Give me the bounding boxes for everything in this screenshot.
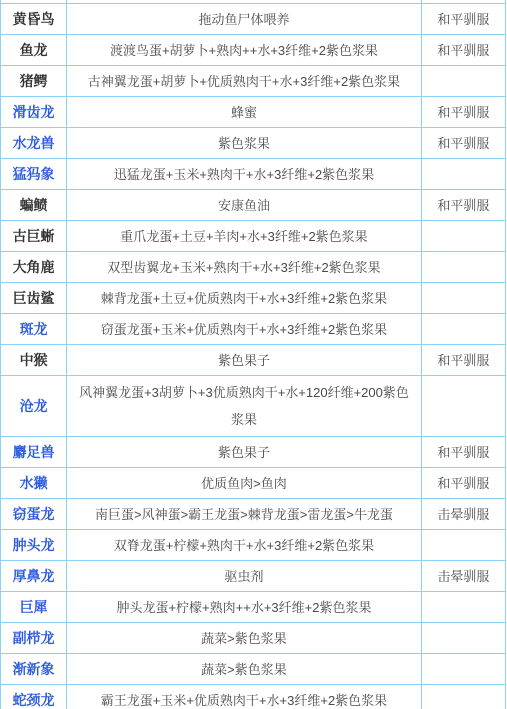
taming-method-cell [421, 159, 505, 190]
taming-food-cell: 紫色果子 [67, 437, 422, 468]
creature-row: 麝足兽紫色果子和平驯服 [1, 437, 506, 468]
creature-row: 巨犀肿头龙蛋+柠檬+熟肉++水+3纤维+2紫色浆果 [1, 592, 506, 623]
taming-food-cell: 棘背龙蛋+土豆+优质熟肉干+水+3纤维+2紫色浆果 [67, 283, 422, 314]
taming-method-cell: 和平驯服 [421, 4, 505, 35]
taming-method-cell [421, 530, 505, 561]
taming-food-cell: 拖动鱼尸体喂养 [67, 4, 422, 35]
creature-row: 蝙鲼安康鱼油和平驯服 [1, 190, 506, 221]
creature-row: 巨齿鲨棘背龙蛋+土豆+优质熟肉干+水+3纤维+2紫色浆果 [1, 283, 506, 314]
taming-method-cell: 和平驯服 [421, 190, 505, 221]
taming-food-cell: 紫色果子 [67, 345, 422, 376]
creature-name-cell: 沧龙 [1, 376, 67, 437]
taming-method-cell: 和平驯服 [421, 97, 505, 128]
creature-name-link[interactable]: 渐新象 [13, 661, 55, 677]
taming-table-body: 黄昏鸟拖动鱼尸体喂养和平驯服鱼龙渡渡鸟蛋+胡萝卜+熟肉++水+3纤维+2紫色浆果… [1, 0, 506, 709]
creature-name-cell: 猛犸象 [1, 159, 67, 190]
creature-row: 猛犸象迅猛龙蛋+玉米+熟肉干+水+3纤维+2紫色浆果 [1, 159, 506, 190]
creature-name-link[interactable]: 水龙兽 [13, 135, 55, 151]
taming-food-cell: 双脊龙蛋+柠檬+熟肉干+水+3纤维+2紫色浆果 [67, 530, 422, 561]
taming-food-cell: 双型齿翼龙+玉米+熟肉干+水+3纤维+2紫色浆果 [67, 252, 422, 283]
creature-name-cell: 鱼龙 [1, 35, 67, 66]
creature-name-cell: 黄昏鸟 [1, 4, 67, 35]
creature-name-cell: 水獭 [1, 468, 67, 499]
creature-name-cell: 麝足兽 [1, 437, 67, 468]
creature-row: 厚鼻龙驱虫剂击晕驯服 [1, 561, 506, 592]
creature-name-link[interactable]: 水獭 [20, 475, 48, 491]
creature-name-cell: 窃蛋龙 [1, 499, 67, 530]
taming-food-cell: 肿头龙蛋+柠檬+熟肉++水+3纤维+2紫色浆果 [67, 592, 422, 623]
taming-method-cell: 击晕驯服 [421, 561, 505, 592]
taming-method-cell [421, 252, 505, 283]
taming-food-cell: 渡渡鸟蛋+胡萝卜+熟肉++水+3纤维+2紫色浆果 [67, 35, 422, 66]
creature-row: 猪鳄古神翼龙蛋+胡萝卜+优质熟肉干+水+3纤维+2紫色浆果 [1, 66, 506, 97]
creature-row: 黄昏鸟拖动鱼尸体喂养和平驯服 [1, 4, 506, 35]
creature-name-cell: 古巨蜥 [1, 221, 67, 252]
creature-name-cell: 厚鼻龙 [1, 561, 67, 592]
taming-method-cell [421, 685, 505, 709]
creature-name-label: 古巨蜥 [13, 228, 55, 244]
creature-name-label: 中猴 [20, 352, 48, 368]
creature-name-cell: 水龙兽 [1, 128, 67, 159]
creature-name-link[interactable]: 副栉龙 [13, 630, 55, 646]
taming-method-cell [421, 654, 505, 685]
creature-row: 滑齿龙蜂蜜和平驯服 [1, 97, 506, 128]
creature-name-cell: 斑龙 [1, 314, 67, 345]
taming-method-cell [421, 623, 505, 654]
creature-name-label: 黄昏鸟 [13, 11, 55, 27]
taming-method-cell: 击晕驯服 [421, 499, 505, 530]
creature-name-cell: 巨犀 [1, 592, 67, 623]
creature-name-link[interactable]: 巨犀 [20, 599, 48, 615]
creature-row: 副栉龙蔬菜>紫色浆果 [1, 623, 506, 654]
creature-name-cell: 大角鹿 [1, 252, 67, 283]
creature-taming-table: 黄昏鸟拖动鱼尸体喂养和平驯服鱼龙渡渡鸟蛋+胡萝卜+熟肉++水+3纤维+2紫色浆果… [0, 0, 506, 709]
creature-name-cell: 渐新象 [1, 654, 67, 685]
creature-name-cell: 肿头龙 [1, 530, 67, 561]
creature-name-link[interactable]: 滑齿龙 [13, 104, 55, 120]
taming-method-cell: 和平驯服 [421, 468, 505, 499]
creature-name-link[interactable]: 窃蛋龙 [13, 506, 55, 522]
taming-food-cell: 蔬菜>紫色浆果 [67, 623, 422, 654]
creature-name-cell: 中猴 [1, 345, 67, 376]
creature-row: 蛇颈龙霸王龙蛋+玉米+优质熟肉干+水+3纤维+2紫色浆果 [1, 685, 506, 709]
taming-food-cell: 蜂蜜 [67, 97, 422, 128]
creature-row: 鱼龙渡渡鸟蛋+胡萝卜+熟肉++水+3纤维+2紫色浆果和平驯服 [1, 35, 506, 66]
creature-name-cell: 蝙鲼 [1, 190, 67, 221]
taming-food-cell: 南巨蛋>风神蛋>霸王龙蛋>棘背龙蛋>雷龙蛋>牛龙蛋 [67, 499, 422, 530]
creature-name-link[interactable]: 蛇颈龙 [13, 692, 55, 708]
taming-method-cell: 和平驯服 [421, 35, 505, 66]
creature-row: 肿头龙双脊龙蛋+柠檬+熟肉干+水+3纤维+2紫色浆果 [1, 530, 506, 561]
creature-name-cell: 副栉龙 [1, 623, 67, 654]
creature-row: 窃蛋龙南巨蛋>风神蛋>霸王龙蛋>棘背龙蛋>雷龙蛋>牛龙蛋击晕驯服 [1, 499, 506, 530]
taming-food-cell: 蔬菜>紫色浆果 [67, 654, 422, 685]
creature-row: 大角鹿双型齿翼龙+玉米+熟肉干+水+3纤维+2紫色浆果 [1, 252, 506, 283]
taming-food-cell: 紫色浆果 [67, 128, 422, 159]
creature-name-cell: 滑齿龙 [1, 97, 67, 128]
taming-method-cell: 和平驯服 [421, 128, 505, 159]
taming-method-cell [421, 592, 505, 623]
creature-name-label: 巨齿鲨 [13, 290, 55, 306]
creature-name-link[interactable]: 斑龙 [20, 321, 48, 337]
creature-row: 沧龙风神翼龙蛋+3胡萝卜+3优质熟肉干+水+120纤维+200紫色浆果 [1, 376, 506, 437]
taming-food-cell: 安康鱼油 [67, 190, 422, 221]
taming-food-cell: 风神翼龙蛋+3胡萝卜+3优质熟肉干+水+120纤维+200紫色浆果 [67, 376, 422, 437]
taming-method-cell [421, 283, 505, 314]
creature-name-cell: 蛇颈龙 [1, 685, 67, 709]
taming-method-cell: 和平驯服 [421, 437, 505, 468]
taming-method-cell [421, 66, 505, 97]
creature-row: 古巨蜥重爪龙蛋+土豆+羊肉+水+3纤维+2紫色浆果 [1, 221, 506, 252]
taming-method-cell [421, 376, 505, 437]
taming-food-cell: 驱虫剂 [67, 561, 422, 592]
taming-method-cell [421, 314, 505, 345]
taming-method-cell [421, 221, 505, 252]
creature-name-cell: 巨齿鲨 [1, 283, 67, 314]
creature-row: 水龙兽紫色浆果和平驯服 [1, 128, 506, 159]
creature-name-label: 蝙鲼 [20, 197, 48, 213]
taming-food-cell: 古神翼龙蛋+胡萝卜+优质熟肉干+水+3纤维+2紫色浆果 [67, 66, 422, 97]
creature-name-link[interactable]: 麝足兽 [13, 444, 55, 460]
taming-table-viewport: 黄昏鸟拖动鱼尸体喂养和平驯服鱼龙渡渡鸟蛋+胡萝卜+熟肉++水+3纤维+2紫色浆果… [0, 0, 507, 709]
taming-method-cell: 和平驯服 [421, 345, 505, 376]
creature-name-label: 猪鳄 [20, 73, 48, 89]
creature-row: 水獭优质鱼肉>鱼肉和平驯服 [1, 468, 506, 499]
creature-name-link[interactable]: 猛犸象 [13, 166, 55, 182]
taming-food-cell: 优质鱼肉>鱼肉 [67, 468, 422, 499]
taming-food-cell: 迅猛龙蛋+玉米+熟肉干+水+3纤维+2紫色浆果 [67, 159, 422, 190]
creature-row: 斑龙窃蛋龙蛋+玉米+优质熟肉干+水+3纤维+2紫色浆果 [1, 314, 506, 345]
creature-row: 渐新象蔬菜>紫色浆果 [1, 654, 506, 685]
creature-row: 中猴紫色果子和平驯服 [1, 345, 506, 376]
taming-food-cell: 霸王龙蛋+玉米+优质熟肉干+水+3纤维+2紫色浆果 [67, 685, 422, 709]
taming-food-cell: 重爪龙蛋+土豆+羊肉+水+3纤维+2紫色浆果 [67, 221, 422, 252]
creature-name-link[interactable]: 肿头龙 [13, 537, 55, 553]
creature-name-label: 大角鹿 [13, 259, 55, 275]
creature-name-label: 鱼龙 [20, 42, 48, 58]
creature-name-link[interactable]: 厚鼻龙 [13, 568, 55, 584]
creature-name-cell: 猪鳄 [1, 66, 67, 97]
taming-food-cell: 窃蛋龙蛋+玉米+优质熟肉干+水+3纤维+2紫色浆果 [67, 314, 422, 345]
creature-name-link[interactable]: 沧龙 [20, 398, 48, 414]
